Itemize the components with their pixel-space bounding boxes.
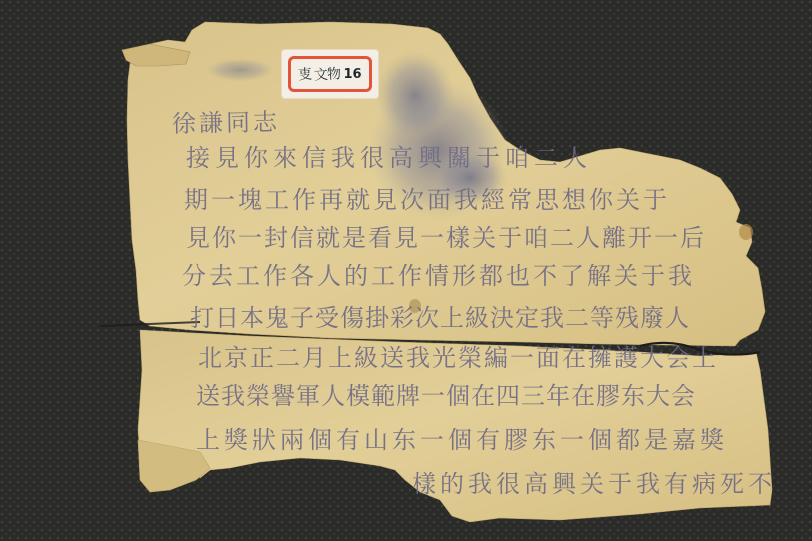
photo-scene: 叓 文物 16 徐謙同志 接見你來信我很高興關于咱二人 期一塊工作再就見次面我經… — [0, 0, 812, 541]
letter-line-8: 上獎狀兩個有山东一個有膠东一個都是嘉獎 — [196, 420, 728, 455]
label-text: 文物 — [314, 63, 341, 85]
letter-salutation: 徐謙同志 — [172, 102, 281, 139]
letter-line-2: 期一塊工作再就見次面我經常思想你关于 — [184, 180, 670, 215]
letter-line-6: 北京正二月上級送我光榮編一面在擁護大会上 — [198, 338, 718, 373]
label-prefix: 叓 — [298, 64, 312, 85]
catalogue-label: 叓 文物 16 — [282, 50, 378, 98]
label-red-frame: 叓 文物 16 — [288, 56, 372, 92]
letter-line-4: 分去工作各人的工作情形都也不了解关于我 — [182, 256, 695, 291]
letter-line-5: 打日本鬼子受傷掛彩次上級決定我二等残廢人 — [190, 298, 690, 333]
letter-line-7: 送我榮譽軍人模範牌一個在四三年在膠东大会 — [196, 376, 696, 411]
letter-line-9: 樣的我很高興关于我有病死不 — [412, 464, 776, 499]
letter-line-3: 見你一封信就是看見一樣关于咱二人離开一后 — [186, 218, 706, 253]
label-number: 16 — [343, 67, 361, 82]
letter-line-1: 接見你來信我很高興關于咱二人 — [186, 138, 592, 173]
